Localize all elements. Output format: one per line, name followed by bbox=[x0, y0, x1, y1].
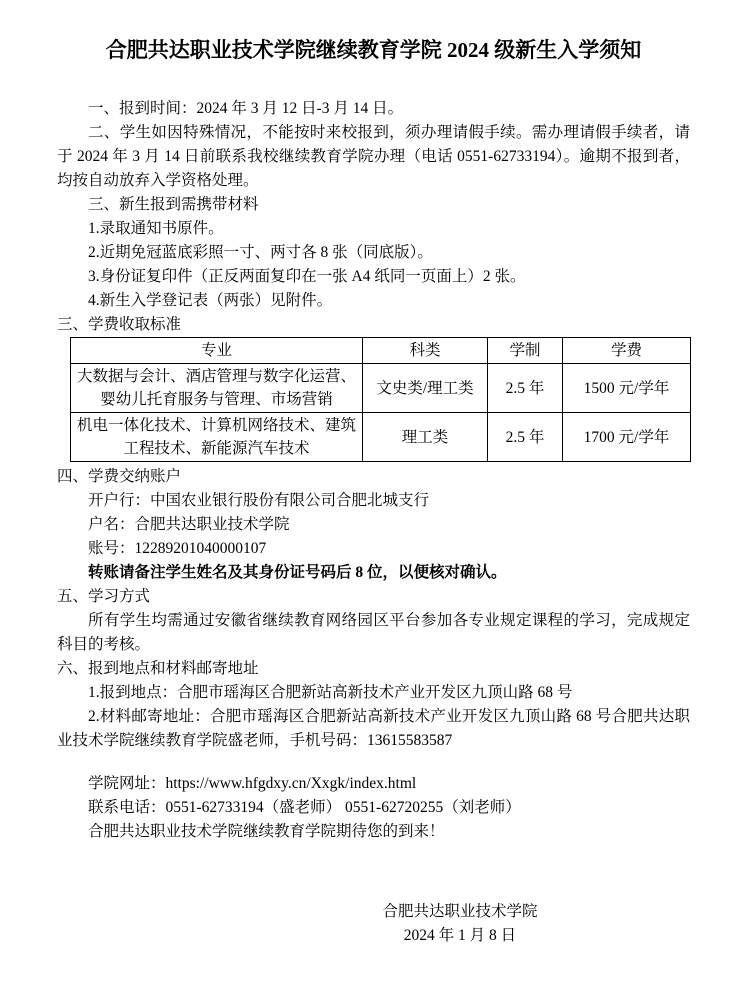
table-row: 机电一体化技术、计算机网络技术、建筑工程技术、新能源汽车技术 理工类 2.5 年… bbox=[71, 413, 691, 462]
para-mail-address: 2.材料邮寄地址：合肥市瑶海区合肥新站高新技术产业开发区九顶山路 68 号合肥共… bbox=[57, 705, 690, 753]
signature-name: 合肥共达职业技术学院 bbox=[335, 900, 585, 924]
tuition-table: 专业 科类 学制 学费 大数据与会计、酒店管理与数字化运营、婴幼儿托育服务与管理… bbox=[70, 337, 691, 462]
notice-document: 合肥共达职业技术学院继续教育学院 2024 级新生入学须知 一、报到时间：202… bbox=[0, 0, 745, 983]
para-report-time: 一、报到时间：2024 年 3 月 12 日-3 月 14 日。 bbox=[57, 97, 690, 121]
heading-tuition: 三、学费收取标准 bbox=[57, 313, 690, 337]
para-material-4: 4.新生入学登记表（两张）见附件。 bbox=[57, 289, 690, 313]
para-material-2: 2.近期免冠蓝底彩照一寸、两寸各 8 张（同底版）。 bbox=[57, 241, 690, 265]
para-transfer-note: 转账请备注学生姓名及其身份证号码后 8 位，以便核对确认。 bbox=[57, 561, 690, 585]
para-phone: 联系电话：0551-62733194（盛老师） 0551-62720255（刘老… bbox=[57, 796, 690, 820]
table-header-duration: 学制 bbox=[488, 338, 563, 364]
signature-block: 合肥共达职业技术学院 2024 年 1 月 8 日 bbox=[335, 900, 585, 948]
table-header-row: 专业 科类 学制 学费 bbox=[71, 338, 691, 364]
table-header-major: 专业 bbox=[71, 338, 363, 364]
cell-major: 大数据与会计、酒店管理与数字化运营、婴幼儿托育服务与管理、市场营销 bbox=[71, 364, 363, 413]
cell-tuition: 1500 元/学年 bbox=[563, 364, 691, 413]
para-material-1: 1.录取通知书原件。 bbox=[57, 217, 690, 241]
cell-category: 理工类 bbox=[363, 413, 488, 462]
cell-major: 机电一体化技术、计算机网络技术、建筑工程技术、新能源汽车技术 bbox=[71, 413, 363, 462]
heading-location: 六、报到地点和材料邮寄地址 bbox=[57, 657, 690, 681]
para-website: 学院网址：https://www.hfgdxy.cn/Xxgk/index.ht… bbox=[57, 772, 690, 796]
para-account-number: 账号：12289201040000107 bbox=[57, 537, 690, 561]
document-title: 合肥共达职业技术学院继续教育学院 2024 级新生入学须知 bbox=[57, 36, 690, 64]
para-welcome: 合肥共达职业技术学院继续教育学院期待您的到来！ bbox=[57, 820, 690, 844]
signature-date: 2024 年 1 月 8 日 bbox=[335, 924, 585, 948]
table-header-category: 科类 bbox=[363, 338, 488, 364]
para-report-location: 1.报到地点：合肥市瑶海区合肥新站高新技术产业开发区九顶山路 68 号 bbox=[57, 681, 690, 705]
table-header-tuition: 学费 bbox=[563, 338, 691, 364]
table-row: 大数据与会计、酒店管理与数字化运营、婴幼儿托育服务与管理、市场营销 文史类/理工… bbox=[71, 364, 691, 413]
heading-study: 五、学习方式 bbox=[57, 585, 690, 609]
cell-tuition: 1700 元/学年 bbox=[563, 413, 691, 462]
para-account-name: 户名：合肥共达职业技术学院 bbox=[57, 513, 690, 537]
para-material-3: 3.身份证复印件（正反两面复印在一张 A4 纸同一页面上）2 张。 bbox=[57, 265, 690, 289]
heading-materials: 三、新生报到需携带材料 bbox=[57, 193, 690, 217]
cell-category: 文史类/理工类 bbox=[363, 364, 488, 413]
para-leave-policy: 二、学生如因特殊情况，不能按时来校报到，须办理请假手续。需办理请假手续者，请于 … bbox=[57, 121, 690, 193]
para-bank: 开户行：中国农业银行股份有限公司合肥北城支行 bbox=[57, 489, 690, 513]
heading-account: 四、学费交纳账户 bbox=[57, 465, 690, 489]
cell-duration: 2.5 年 bbox=[488, 364, 563, 413]
para-study-desc: 所有学生均需通过安徽省继续教育网络园区平台参加各专业规定课程的学习，完成规定科目… bbox=[57, 609, 690, 657]
cell-duration: 2.5 年 bbox=[488, 413, 563, 462]
